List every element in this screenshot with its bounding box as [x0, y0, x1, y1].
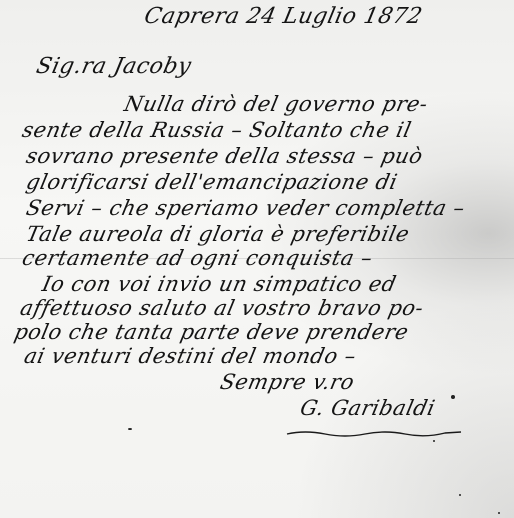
- ink-speck: [433, 440, 435, 442]
- body-line-3: sovrano presente della stessa – può: [24, 144, 425, 168]
- place-date: Caprera 24 Luglio 1872: [142, 4, 425, 29]
- signature-flourish: [285, 428, 465, 438]
- body-line-6: Tale aureola di gloria è preferibile: [24, 222, 412, 246]
- body-line-1: Nulla dirò del governo pre-: [122, 92, 430, 116]
- signature: G. Garibaldi: [298, 396, 437, 420]
- salutation: Sig.ra Jacoby: [34, 54, 194, 79]
- body-line-5: Servi – che speriamo veder completta –: [24, 196, 467, 220]
- body-line-8: Io con voi invio un simpatico ed: [40, 272, 399, 296]
- ink-speck: [128, 428, 132, 430]
- body-line-2: sente della Russia – Soltanto che il: [20, 118, 414, 142]
- ink-speck: [459, 494, 461, 496]
- letter-page: Caprera 24 Luglio 1872 Sig.ra Jacoby Nul…: [0, 0, 514, 518]
- body-line-9: affettuoso saluto al vostro bravo po-: [18, 296, 426, 320]
- body-line-4: glorificarsi dell'emancipazione di: [24, 170, 400, 194]
- closing: Sempre v.ro: [218, 370, 357, 394]
- body-line-7: certamente ad ogni conquista –: [20, 246, 375, 270]
- body-line-11: ai venturi destini del mondo –: [22, 344, 359, 368]
- ink-speck: [498, 512, 500, 514]
- body-line-10: polo che tanta parte deve prendere: [12, 320, 411, 344]
- ink-speck: [451, 395, 455, 399]
